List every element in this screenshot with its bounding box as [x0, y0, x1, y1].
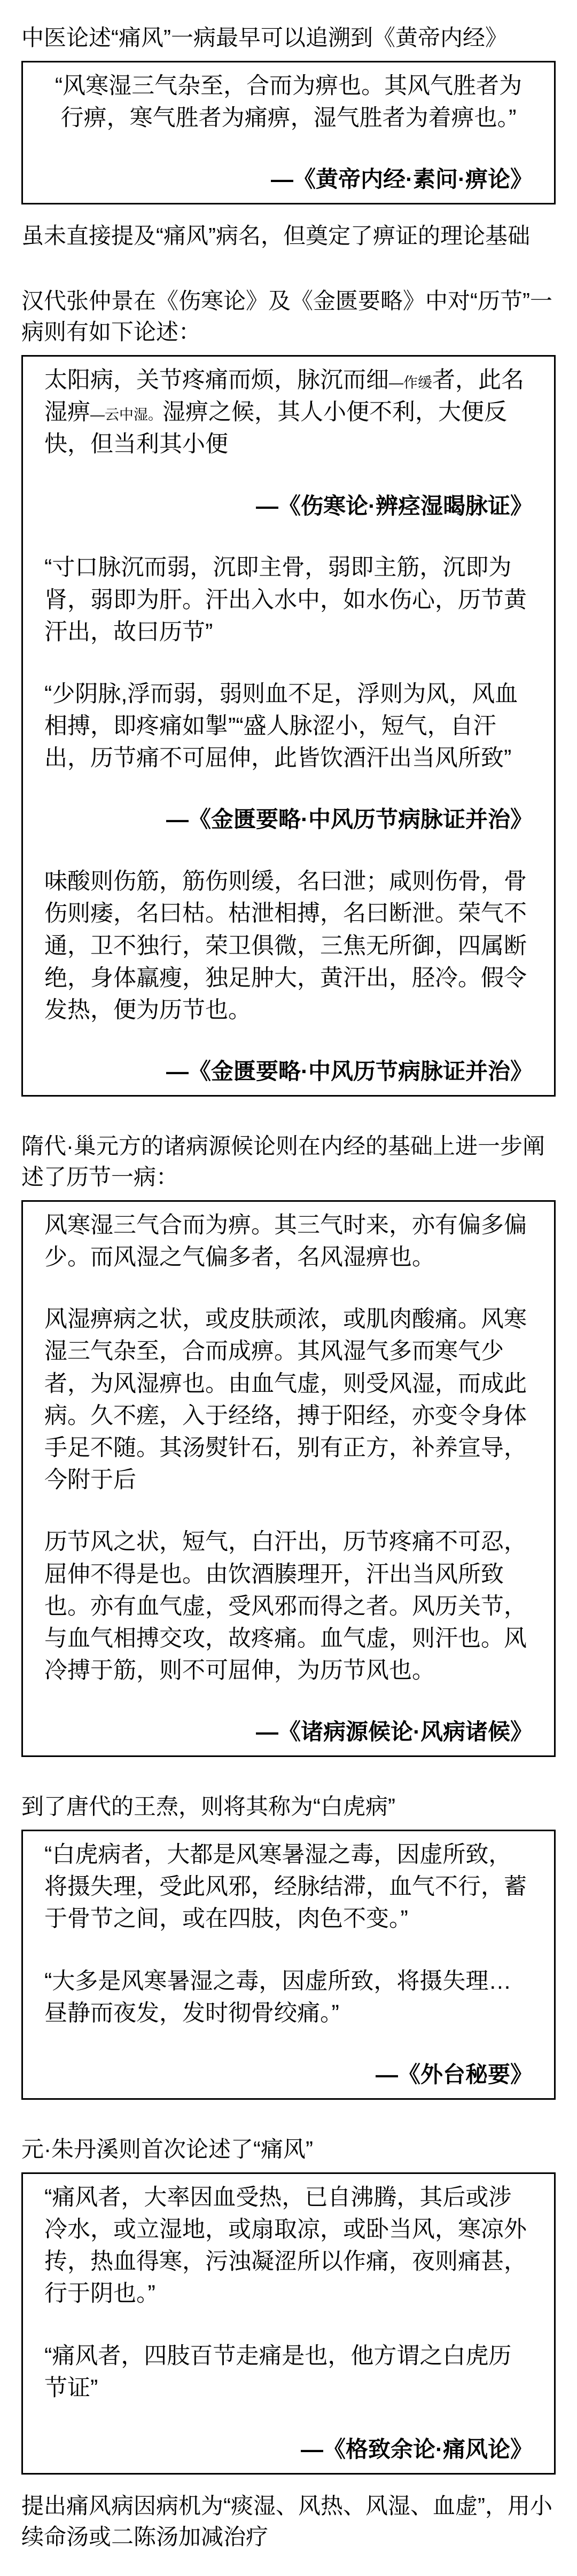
jingui-quote-shaoyin: “少阴脉,浮而弱，弱则血不足，浮则为风，风血相搏，即疼痛如掣”“盛人脉涩小，短气… — [44, 678, 533, 775]
gezhi-quote-1: “痛风者，大率因血受热，已自沸腾，其后或涉冷水，或立湿地，或扇取凉，或卧当风，寒… — [44, 2181, 533, 2310]
wangtao-paragraph: 到了唐代的王焘，则将其称为“白虎病” — [21, 1791, 556, 1822]
zhubing-quote-1: 风寒湿三气合而为痹。其三气时来，亦有偏多偏少。而风湿之气偏多者，名风湿痹也。 — [44, 1209, 533, 1273]
neijing-quote-text: “风寒湿三气杂至，合而为痹也。其风气胜者为行痹，寒气胜者为痛痹，湿气胜者为着痹也… — [44, 70, 533, 134]
quote-box-huangdi-neijing: “风寒湿三气杂至，合而为痹也。其风气胜者为行痹，寒气胜者为痛痹，湿气胜者为着痹也… — [21, 61, 556, 204]
shanghan-attribution: —《伤寒论·辨痉湿暍脉证》 — [44, 491, 533, 522]
jingui-quote-weisuan: 味酸则伤筋，筋伤则缓，名曰泄；咸则伤骨，骨伤则痿，名曰枯。枯泄相搏，名曰断泄。荣… — [44, 865, 533, 1026]
waitai-attribution: —《外台秘要》 — [44, 2059, 533, 2091]
quote-box-gezhiyulun: “痛风者，大率因血受热，已自沸腾，其后或涉冷水，或立湿地，或扇取凉，或卧当风，寒… — [21, 2172, 556, 2475]
waitai-quote-1: “白虎病者，大都是风寒暑湿之毒，因虚所致，将摄失理，受此风邪，经脉结滞，血气不行… — [44, 1839, 533, 1935]
inline-annotation: —云中湿。 — [90, 407, 162, 423]
jingui-attribution-1: —《金匮要略·中风历节病脉证并治》 — [44, 804, 533, 836]
jingui-quote-cunkou: “寸口脉沉而弱，沉即主骨，弱即主筋，沉即为肾，弱即为肝。汗出入水中，如水伤心，历… — [44, 552, 533, 648]
intro-paragraph: 中医论述“痛风”一病最早可以追溯到《黄帝内经》 — [21, 22, 556, 53]
neijing-note-paragraph: 虽未直接提及“痛风”病名，但奠定了痹证的理论基础 — [21, 220, 556, 251]
waitai-quote-2: “大多是风寒暑湿之毒，因虚所致，将摄失理…昼静而夜发，发时彻骨绞痛。” — [44, 1965, 533, 2029]
zhubing-attribution: —《诸病源候论·风病诸候》 — [44, 1716, 533, 1748]
zhubing-quote-3: 历节风之状，短气，白汗出，历节疼痛不可忍，屈伸不得是也。由饮酒腠理开，汗出当风所… — [44, 1526, 533, 1687]
quote-segment: 太阳病，关节疼痛而烦，脉沉而细 — [44, 367, 389, 393]
conclusion-paragraph: 提出痛风病因病机为“痰湿、风热、风湿、血虚”，用小续命汤或二陈汤加减治疗 — [21, 2491, 556, 2553]
quote-box-waitai: “白虎病者，大都是风寒暑湿之毒，因虚所致，将摄失理，受此风邪，经脉结滞，血气不行… — [21, 1830, 556, 2100]
gezhi-attribution: —《格致余论·痛风论》 — [44, 2434, 533, 2465]
neijing-attribution: —《黄帝内经·素问·痹论》 — [44, 164, 533, 195]
document-page: 中医论述“痛风”一病最早可以追溯到《黄帝内经》 “风寒湿三气杂至，合而为痹也。其… — [0, 0, 577, 2576]
jingui-attribution-2: —《金匮要略·中风历节病脉证并治》 — [44, 1056, 533, 1088]
zhubing-quote-2: 风湿痹病之状，或皮肤顽浓，或肌肉酸痛。风寒湿三气杂至，合而成痹。其风湿气多而寒气… — [44, 1303, 533, 1496]
chaoyuanfang-paragraph: 隋代·巢元方的诸病源候论则在内经的基础上进一步阐述了历节一病： — [21, 1131, 556, 1193]
quote-box-shanghan-jingui: 太阳病，关节疼痛而烦，脉沉而细—作缓者，此名湿痹—云中湿。湿痹之候，其人小便不利… — [21, 355, 556, 1097]
zhangzhongjing-paragraph: 汉代张仲景在《伤寒论》及《金匮要略》中对“历节”一病则有如下论述： — [21, 286, 556, 348]
zhudanxi-paragraph: 元·朱丹溪则首次论述了“痛风” — [21, 2134, 556, 2165]
quote-box-zhubingyuanhou: 风寒湿三气合而为痹。其三气时来，亦有偏多偏少。而风湿之气偏多者，名风湿痹也。 风… — [21, 1200, 556, 1757]
inline-annotation: —作缓 — [389, 375, 432, 391]
gezhi-quote-2: “痛风者，四肢百节走痛是也，他方谓之白虎历节证” — [44, 2340, 533, 2404]
shanghan-quote-1: 太阳病，关节疼痛而烦，脉沉而细—作缓者，此名湿痹—云中湿。湿痹之候，其人小便不利… — [44, 364, 533, 461]
